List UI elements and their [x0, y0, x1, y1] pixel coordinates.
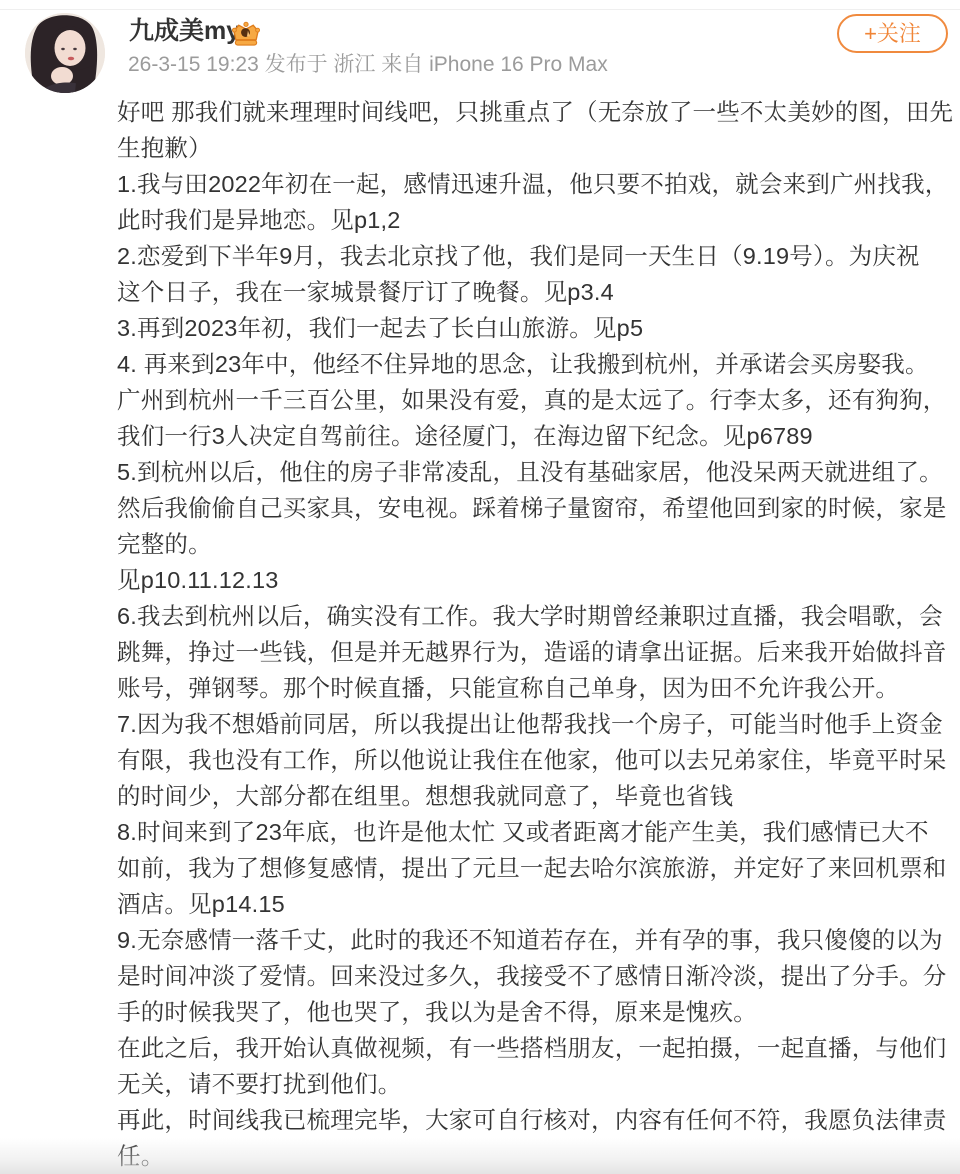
post-text-line: 7.因为我不想婚前同居，所以我提出让他帮我找一个房子，可能当时他手上资金	[117, 706, 945, 742]
post-text-line: 手的时候我哭了，他也哭了，我以为是舍不得，原来是愧疚。	[117, 994, 945, 1030]
post-text-line: 的时间少，大部分都在组里。想想我就同意了，毕竟也省钱	[117, 778, 945, 814]
post-content: 好吧 那我们就来理理时间线吧，只挑重点了（无奈放了一些不太美妙的图，田先生抱歉）…	[117, 94, 945, 1174]
post-text-line: 是时间冲淡了爱情。回来没过多久，我接受不了感情日渐冷淡，提出了分手。分	[117, 958, 945, 994]
post-text-line: 5.到杭州以后，他住的房子非常凌乱，且没有基础家居，他没呆两天就进组了。	[117, 454, 945, 490]
post-text-line: 完整的。	[117, 526, 945, 562]
post-text-line: 酒店。见p14.15	[117, 886, 945, 922]
post-text-line: 任。	[117, 1138, 945, 1174]
post-text-line: 2.恋爱到下半年9月，我去北京找了他，我们是同一天生日（9.19号）。为庆祝	[117, 238, 945, 274]
post-text-line: 4. 再来到23年中，他经不住异地的思念，让我搬到杭州，并承诺会买房娶我。	[117, 346, 945, 382]
post-text-line: 好吧 那我们就来理理时间线吧，只挑重点了（无奈放了一些不太美妙的图，田先	[117, 94, 945, 130]
post-text-line: 3.再到2023年初，我们一起去了长白山旅游。见p5	[117, 310, 945, 346]
vip-crown-icon	[230, 19, 262, 48]
post-text-line: 1.我与田2022年初在一起，感情迅速升温，他只要不拍戏，就会来到广州找我，	[117, 166, 945, 202]
avatar[interactable]	[25, 13, 105, 93]
post-text-line: 账号，弹钢琴。那个时候直播，只能宣称自己单身，因为田不允许我公开。	[117, 670, 945, 706]
post-text-line: 我们一行3人决定自驾前往。途径厦门，在海边留下纪念。见p6789	[117, 418, 945, 454]
post-text-line: 8.时间来到了23年底，也许是他太忙 又或者距离才能产生美，我们感情已大不	[117, 814, 945, 850]
post-text-line: 广州到杭州一千三百公里，如果没有爱，真的是太远了。行李太多，还有狗狗，	[117, 382, 945, 418]
post-text-line: 有限，我也没有工作，所以他说让我住在他家，他可以去兄弟家住，毕竟平时呆	[117, 742, 945, 778]
post-text-line: 6.我去到杭州以后，确实没有工作。我大学时期曾经兼职过直播，我会唱歌，会	[117, 598, 945, 634]
follow-button[interactable]: +关注	[837, 14, 948, 53]
post-text-line: 再此，时间线我已梳理完毕，大家可自行核对，内容有任何不符，我愿负法律责	[117, 1102, 945, 1138]
avatar-portrait-image	[25, 13, 105, 93]
post-text-line: 此时我们是异地恋。见p1,2	[117, 202, 945, 238]
author-name[interactable]: 九成美my	[129, 16, 240, 46]
post-text-line: 9.无奈感情一落千丈，此时的我还不知道若存在，并有孕的事，我只傻傻的以为	[117, 922, 945, 958]
post-text-line: 见p10.11.12.13	[117, 562, 945, 598]
post-text-line: 无关，请不要打扰到他们。	[117, 1066, 945, 1102]
top-divider	[0, 9, 960, 10]
post-text-line: 在此之后，我开始认真做视频，有一些搭档朋友，一起拍摄，一起直播，与他们	[117, 1030, 945, 1066]
post-text-line: 然后我偷偷自己买家具，安电视。踩着梯子量窗帘，希望他回到家的时候，家是	[117, 490, 945, 526]
post-text-line: 这个日子，我在一家城景餐厅订了晚餐。见p3.4	[117, 274, 945, 310]
post-text-line: 生抱歉）	[117, 130, 945, 166]
weibo-post: 九成美my 26-3-15 19:23 发布于 浙江 来自 iPhone 16 …	[0, 0, 960, 1174]
post-text-line: 如前，我为了想修复感情，提出了元旦一起去哈尔滨旅游，并定好了来回机票和	[117, 850, 945, 886]
post-meta: 26-3-15 19:23 发布于 浙江 来自 iPhone 16 Pro Ma…	[128, 52, 608, 78]
post-text-line: 跳舞，挣过一些钱，但是并无越界行为，造谣的请拿出证据。后来我开始做抖音	[117, 634, 945, 670]
